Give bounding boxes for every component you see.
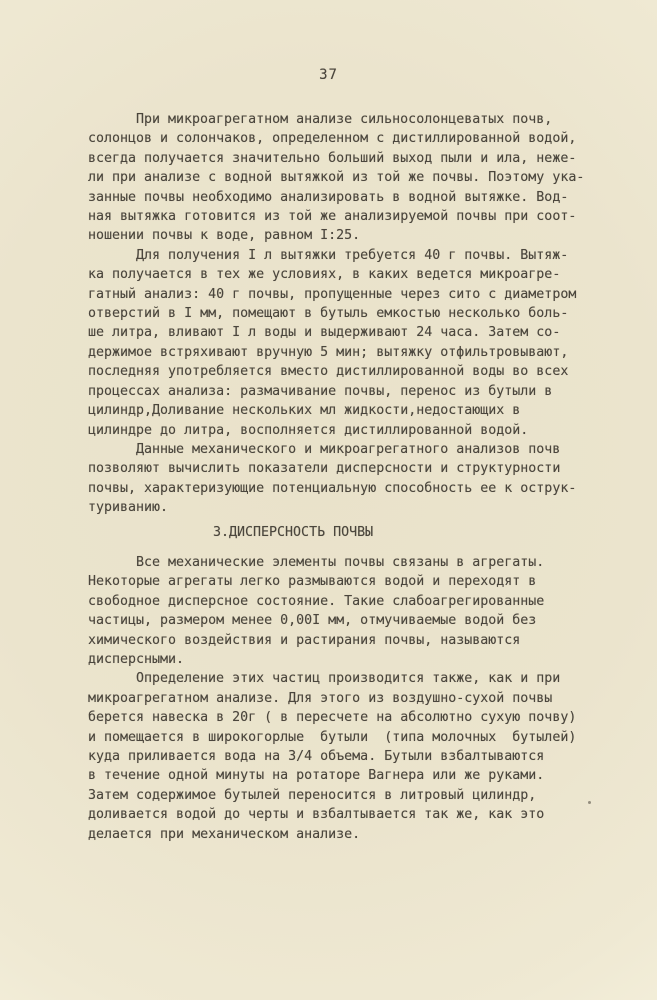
text-line: берется навеска в 20г ( в пересчете на а…: [88, 708, 588, 727]
text-line: цилиндр,Доливание нескольких мл жидкости…: [88, 401, 588, 420]
text-line: процессах анализа: размачивание почвы, п…: [88, 382, 588, 401]
text-line: Для получения I л вытяжки требуется 40 г…: [88, 246, 588, 265]
text-line: Затем содержимое бутылей переносится в л…: [88, 786, 588, 805]
text-line: частицы, размером менее 0,00I мм, отмучи…: [88, 611, 588, 630]
text-line: почвы, характеризующие потенциальную спо…: [88, 479, 588, 498]
text-line: ше литра, вливают I л воды и выдерживают…: [88, 323, 588, 342]
text-line: солонцов и солончаков, определенном с ди…: [88, 129, 588, 148]
paragraph: Определение этих частиц производится так…: [88, 669, 588, 844]
text-line: делается при механическом анализе.: [88, 825, 588, 844]
text-line: всегда получается значительно больший вы…: [88, 149, 588, 168]
text-line: цилиндре до литра, восполняется дистилли…: [88, 421, 588, 440]
section-heading: 3.ДИСПЕРСНОСТЬ ПОЧВЫ: [88, 523, 588, 542]
text-line: занные почвы необходимо анализировать в …: [88, 188, 588, 207]
page-number: 37: [0, 0, 657, 85]
paragraph: Для получения I л вытяжки требуется 40 г…: [88, 246, 588, 440]
page-content: При микроагрегатном анализе сильносолонц…: [88, 110, 588, 844]
text-line: последняя употребляется вместо дистиллир…: [88, 362, 588, 381]
text-line: ка получается в тех же условиях, в каких…: [88, 265, 588, 284]
text-line: При микроагрегатном анализе сильносолонц…: [88, 110, 588, 129]
text-line: доливается водой до черты и взбалтываетс…: [88, 805, 588, 824]
text-line: Все механические элементы почвы связаны …: [88, 553, 588, 572]
text-line: и помещается в широкогорлые бутыли (типа…: [88, 728, 588, 747]
scanned-page: 37 При микроагрегатном анализе сильносол…: [0, 0, 657, 1000]
text-line: в течение одной минуты на ротаторе Вагне…: [88, 766, 588, 785]
text-line: Определение этих частиц производится так…: [88, 669, 588, 688]
text-line: ная вытяжка готовится из той же анализир…: [88, 207, 588, 226]
text-line: гатный анализ: 40 г почвы, пропущенные ч…: [88, 285, 588, 304]
scan-speck: [588, 801, 591, 804]
text-line: микроагрегатном анализе. Для этого из во…: [88, 689, 588, 708]
text-line: ношении почвы к воде, равном I:25.: [88, 226, 588, 245]
text-line: позволяют вычислить показатели дисперсно…: [88, 459, 588, 478]
text-line: отверстий в I мм, помещают в бутыль емко…: [88, 304, 588, 323]
text-line: Данные механического и микроагрегатного …: [88, 440, 588, 459]
text-line: туриванию.: [88, 498, 588, 517]
text-line: свободное дисперсное состояние. Такие сл…: [88, 592, 588, 611]
text-line: держимое встряхивают вручную 5 мин; вытя…: [88, 343, 588, 362]
text-line: дисперсными.: [88, 650, 588, 669]
text-line: Некоторые агрегаты легко размываются вод…: [88, 572, 588, 591]
text-line: химического воздействия и растирания поч…: [88, 631, 588, 650]
paragraph: Данные механического и микроагрегатного …: [88, 440, 588, 518]
text-line: ли при анализе с водной вытяжкой из той …: [88, 168, 588, 187]
paragraph: Все механические элементы почвы связаны …: [88, 553, 588, 669]
text-line: куда приливается вода на 3/4 объема. Бут…: [88, 747, 588, 766]
paragraph: При микроагрегатном анализе сильносолонц…: [88, 110, 588, 246]
